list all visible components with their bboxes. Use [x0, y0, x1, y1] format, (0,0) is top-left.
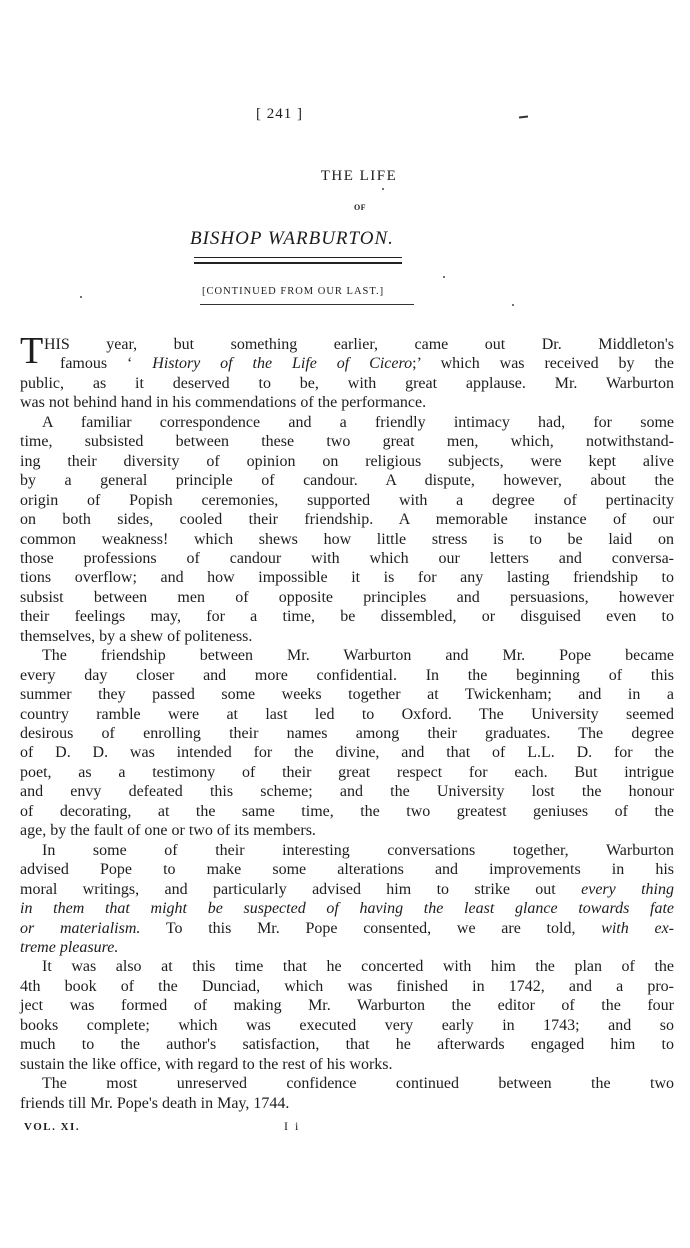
text-line: subsist between men of opposite principl…: [20, 588, 674, 607]
title-line-2: BISHOP WARBURTON.: [190, 228, 394, 250]
text-line: moral writings, and particularly advised…: [20, 880, 674, 899]
text-line: HIS year, but something earlier, came ou…: [44, 335, 674, 354]
text-line: of decorating, at the same time, the two…: [20, 802, 674, 821]
text-line: advised Pope to make some alterations an…: [20, 860, 674, 879]
text-line: The most unreserved confidence continued…: [42, 1074, 674, 1093]
text-line: time, subsisted between these two great …: [20, 432, 674, 451]
text-line: books complete; which was executed very …: [20, 1016, 674, 1035]
text-line: A familiar correspondence and a friendly…: [42, 413, 674, 432]
text-line: origin of Popish ceremonies, supported w…: [20, 491, 674, 510]
text-line: famous ‘ History of the Life of Cicero;’…: [60, 354, 674, 373]
text-line: age, by the fault of one or two of its m…: [20, 821, 674, 840]
footer-signature: I i: [284, 1119, 300, 1134]
text-line: by a general principle of candour. A dis…: [20, 471, 674, 490]
text-line: country ramble were at last led to Oxfor…: [20, 705, 674, 724]
speck: [443, 276, 445, 278]
text-line: desirous of enrolling their names among …: [20, 724, 674, 743]
speck: [512, 304, 514, 306]
text-line: summer they passed some weeks together a…: [20, 685, 674, 704]
text-line: those professions of candour with which …: [20, 549, 674, 568]
continued-rule: [200, 304, 414, 305]
text-line: poet, as a testimony of their great resp…: [20, 763, 674, 782]
stray-mark: [519, 116, 528, 119]
speck: [382, 188, 384, 190]
text-line: on both sides, cooled their friendship. …: [20, 510, 674, 529]
text-line: or materialism. To this Mr. Pope consent…: [20, 919, 674, 938]
title-line-1: THE LIFE: [0, 168, 690, 185]
page-number: [ 241 ]: [256, 106, 303, 123]
title-rule: [194, 257, 402, 264]
text-line: treme pleasure.: [20, 938, 674, 957]
drop-cap: T: [20, 332, 43, 370]
text-line: ject was formed of making Mr. Warburton …: [20, 996, 674, 1015]
text-line: was not behind hand in his commendations…: [20, 393, 674, 412]
text-line: much to the author's satisfaction, that …: [20, 1035, 674, 1054]
text-line: every day closer and more confidential. …: [20, 666, 674, 685]
text-line: The friendship between Mr. Warburton and…: [42, 646, 674, 665]
title-of: OF: [0, 203, 690, 212]
text-line: tions overflow; and how impossible it is…: [20, 568, 674, 587]
text-line: sustain the like office, with regard to …: [20, 1055, 674, 1074]
text-line: their feelings may, for a time, be disse…: [20, 607, 674, 626]
text-line: ing their diversity of opinion on religi…: [20, 452, 674, 471]
text-line: themselves, by a shew of politeness.: [20, 627, 674, 646]
text-line: friends till Mr. Pope's death in May, 17…: [20, 1094, 674, 1113]
speck: [80, 296, 82, 298]
text-line: In some of their interesting conversatio…: [42, 841, 674, 860]
footer-volume: VOL. XI.: [24, 1121, 80, 1133]
text-line: of D. D. was intended for the divine, an…: [20, 743, 674, 762]
text-line: common weakness! which shews how little …: [20, 530, 674, 549]
text-line: public, as it deserved to be, with great…: [20, 374, 674, 393]
book-page: [ 241 ] THE LIFE OF BISHOP WARBURTON. [C…: [0, 0, 690, 1248]
text-line: It was also at this time that he concert…: [42, 957, 674, 976]
text-line: and envy defeated this scheme; and the U…: [20, 782, 674, 801]
text-line: 4th book of the Dunciad, which was finis…: [20, 977, 674, 996]
text-line: in them that might be suspected of havin…: [20, 899, 674, 918]
continued-note: [CONTINUED FROM OUR LAST.]: [202, 286, 384, 297]
